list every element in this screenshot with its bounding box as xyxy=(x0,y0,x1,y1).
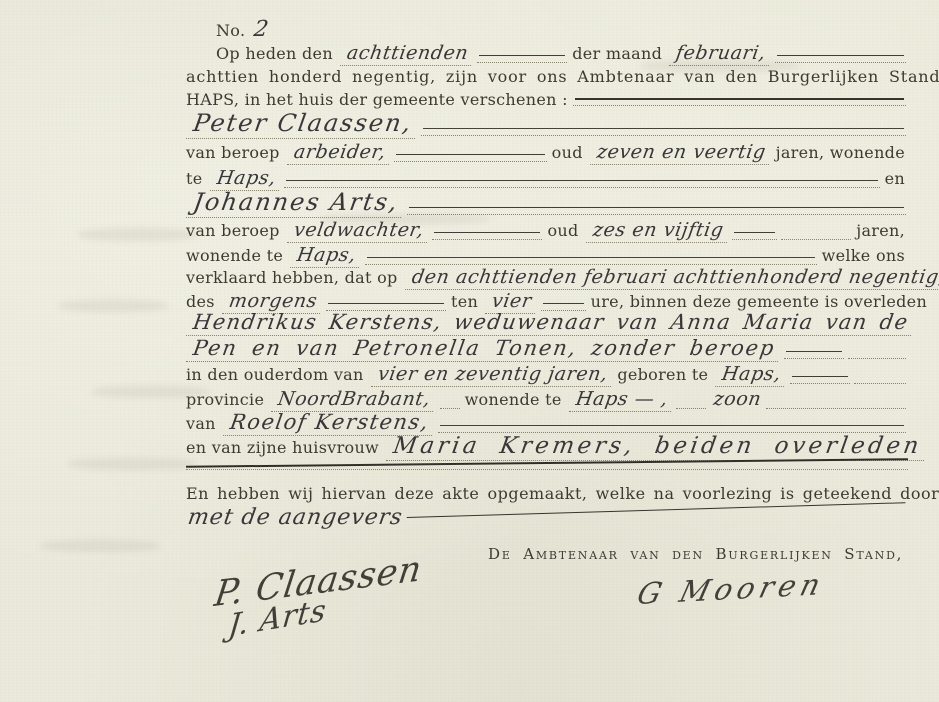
fill-line xyxy=(440,388,460,409)
declaration-date-line: verklaard hebben, dat op den achttienden… xyxy=(186,266,908,290)
fill-line xyxy=(326,290,446,311)
ouderdom-label: in den ouderdom van xyxy=(186,365,364,384)
ure-label: ure, binnen deze gemeente is overleden xyxy=(591,292,927,311)
huisvrouw-label: en van zijne huisvrouw xyxy=(186,438,379,457)
wonende-label: wonende te xyxy=(465,390,562,409)
registrar-title-text: De Ambtenaar van den Burgerlijken Stand, xyxy=(488,545,903,563)
fill-line xyxy=(854,363,906,384)
fill-line xyxy=(407,188,906,215)
van-label: van xyxy=(186,414,216,433)
provincie-value: NoordBrabant, xyxy=(271,388,437,412)
zoon-value: zoon xyxy=(712,388,763,410)
mother-name-value: Maria Kremers, beiden overleden xyxy=(386,433,929,461)
death-certificate-scan: No. 2 Op heden den achttienden der maand… xyxy=(0,0,939,702)
fill-line xyxy=(848,336,906,359)
en-label: en xyxy=(885,169,905,188)
closing-rule xyxy=(186,462,908,470)
fill-line xyxy=(394,141,546,162)
fill-line xyxy=(432,219,542,240)
deceased-name-line: Hendrikus Kerstens, weduwenaar van Anna … xyxy=(186,310,908,336)
declarant2-details-line: van beroep veldwachter, oud zes en vijft… xyxy=(186,219,908,243)
fill-line xyxy=(573,90,906,106)
dash-line xyxy=(784,336,844,359)
registrar-title-line: De Ambtenaar van den Burgerlijken Stand, xyxy=(488,545,906,563)
geboorteplaats-value: Haps, xyxy=(715,363,788,387)
met-aangevers-value: met de aangevers xyxy=(186,505,405,530)
verklaard-label: verklaard hebben, dat op xyxy=(186,268,398,287)
municipality-text: HAPS, in het huis der gemeente verschene… xyxy=(186,90,568,109)
provincie-label: provincie xyxy=(186,390,264,409)
deceased-spouses-value: Pen en van Petronella Tonen, zonder bero… xyxy=(186,336,782,362)
akte-number-line: No. 2 xyxy=(186,17,908,42)
fill-line xyxy=(477,42,567,63)
fill-line xyxy=(775,42,906,63)
declarant1-name-line: Peter Claassen, xyxy=(186,109,908,139)
year-officials-text: achttien honderd negentig, zijn voor ons… xyxy=(186,67,939,86)
bleedthrough-mark xyxy=(68,458,196,470)
closing-rule-dotted xyxy=(186,469,908,470)
te-label: te xyxy=(186,169,203,188)
municipality-line: HAPS, in het huis der gemeente verschene… xyxy=(186,90,908,109)
declarant1-details-line: van beroep arbeider, oud zeven en veerti… xyxy=(186,141,908,165)
bleedthrough-mark xyxy=(78,228,198,241)
beroep-label: van beroep xyxy=(186,143,280,162)
dash-line xyxy=(790,363,850,384)
geboren-label: geboren te xyxy=(617,365,708,384)
fill-line xyxy=(438,410,906,433)
deceased-spouses-line: Pen en van Petronella Tonen, zonder bero… xyxy=(186,336,908,362)
jaren-label: jaren, wonende xyxy=(776,143,905,162)
declarant1-age: zeven en veertig xyxy=(590,141,773,165)
death-date-value: den achttienden februari achttienhonderd… xyxy=(405,266,939,290)
jaren-label: jaren, xyxy=(856,221,905,240)
deceased-province-line: provincie NoordBrabant, wonende te Haps … xyxy=(186,388,908,412)
declarant1-beroep: arbeider, xyxy=(287,141,393,165)
year-officials-line: achttien honderd negentig, zijn voor ons… xyxy=(186,67,908,86)
wonende-label: wonende te xyxy=(186,246,283,265)
deceased-age-line: in den ouderdom van vier en zeventig jar… xyxy=(186,363,908,387)
akte-number-label: No. xyxy=(216,21,245,40)
leeftijd-value: vier en zeventig jaren, xyxy=(371,363,615,387)
month-value: februari, xyxy=(669,42,772,66)
des-label: des xyxy=(186,292,215,311)
declarant2-name-line: Johannes Arts, xyxy=(186,188,908,218)
declarant1-name: Peter Claassen, xyxy=(186,109,420,139)
ten-label: ten xyxy=(451,292,478,311)
deceased-woonplaats: Haps — , xyxy=(569,388,675,412)
welke-ons-label: welke ons xyxy=(822,246,905,265)
fill-line xyxy=(781,219,851,240)
dash-line xyxy=(541,290,586,311)
day-value: achttienden xyxy=(340,42,475,66)
akte-number-value: 2 xyxy=(252,17,271,42)
opening-date-line: Op heden den achttienden der maand febru… xyxy=(186,42,908,66)
fill-line xyxy=(421,109,906,136)
fill-line xyxy=(284,167,879,188)
oud-label: oud xyxy=(552,143,583,162)
declarant2-beroep: veldwachter, xyxy=(287,219,431,243)
bleedthrough-mark xyxy=(40,540,160,552)
fill-line xyxy=(766,388,906,409)
oud-label: oud xyxy=(547,221,578,240)
aangevers-line: met de aangevers xyxy=(186,505,908,530)
maand-label: der maand xyxy=(572,44,662,63)
deceased-name-value: Hendrikus Kerstens, weduwenaar van Anna … xyxy=(186,310,915,336)
fill-line xyxy=(676,388,706,409)
mother-line: en van zijne huisvrouw Maria Kremers, be… xyxy=(186,433,908,461)
bleedthrough-mark xyxy=(58,300,168,312)
declarant2-woonplaats: Haps, xyxy=(290,244,363,268)
fill-line xyxy=(365,244,817,265)
declarant2-age: zes en vijftig xyxy=(586,219,730,243)
opening-text: Op heden den xyxy=(216,44,333,63)
declarant2-name: Johannes Arts, xyxy=(186,188,406,218)
beroep-label: van beroep xyxy=(186,221,280,240)
declarant2-residence-line: wonende te Haps, welke ons xyxy=(186,244,908,268)
dash-line xyxy=(732,219,777,240)
